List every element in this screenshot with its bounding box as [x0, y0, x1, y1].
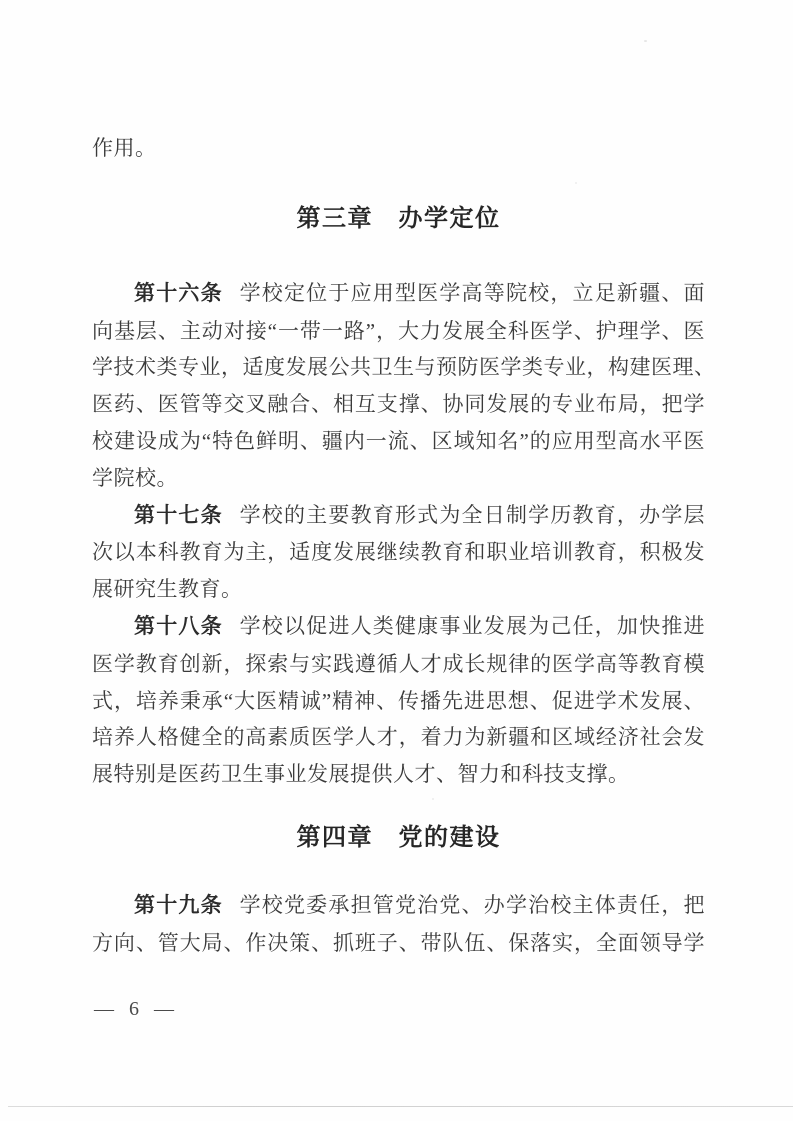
article-16-line-6: 学院校。: [92, 460, 705, 497]
scan-edge-line: [8, 1106, 793, 1107]
article-19-line-1: 学校党委承担管党治党、办学治校主体责任，把: [240, 893, 705, 917]
scan-speck: [644, 40, 647, 42]
article-16-line-5: 校建设成为“特色鲜明、疆内一流、区域知名”的应用型高水平医: [92, 423, 705, 460]
chapter-4-heading: 第四章 党的建设: [92, 819, 705, 857]
page-number: — 6 —: [94, 996, 705, 1022]
article-19-line-2: 方向、管大局、作决策、抓班子、带队伍、保落实，全面领导学: [92, 925, 705, 962]
text-line: 第十八条学校以促进人类健康事业发展为己任，加快推进: [92, 608, 705, 646]
article-18: 第十八条学校以促进人类健康事业发展为己任，加快推进 医学教育创新，探索与实践遵循…: [92, 608, 705, 793]
article-16: 第十六条学校定位于应用型医学高等院校，立足新疆、面 向基层、主动对接“一带一路”…: [92, 275, 705, 497]
article-18-label: 第十八条: [134, 615, 223, 638]
text-line: 第十六条学校定位于应用型医学高等院校，立足新疆、面: [92, 275, 705, 313]
text-line: 第十九条学校党委承担管党治党、办学治校主体责任，把: [92, 887, 705, 925]
article-18-line-2: 医学教育创新，探索与实践遵循人才成长规律的医学高等教育模: [92, 646, 705, 683]
article-16-line-1: 学校定位于应用型医学高等院校，立足新疆、面: [240, 281, 705, 305]
article-19: 第十九条学校党委承担管党治党、办学治校主体责任，把 方向、管大局、作决策、抓班子…: [92, 887, 705, 962]
article-18-line-5: 展特别是医药卫生事业发展提供人才、智力和科技支撑。: [92, 756, 705, 793]
scan-speck: [575, 182, 577, 184]
article-16-label: 第十六条: [134, 282, 223, 305]
article-18-line-3: 式，培养秉承“大医精诚”精神、传播先进思想、促进学术发展、: [92, 683, 705, 720]
scan-speck: [432, 798, 434, 800]
article-17-line-2: 次以本科教育为主，适度发展继续教育和职业培训教育，积极发: [92, 534, 705, 571]
article-18-line-4: 培养人格健全的高素质医学人才，着力为新疆和区域经济社会发: [92, 719, 705, 756]
article-17: 第十七条学校的主要教育形式为全日制学历教育，办学层 次以本科教育为主，适度发展继…: [92, 497, 705, 608]
article-16-line-4: 医药、医管等交叉融合、相互支撑、协同发展的专业布局，把学: [92, 386, 705, 423]
document-page: 作用。 第三章 办学定位 第十六条学校定位于应用型医学高等院校，立足新疆、面 向…: [0, 0, 793, 1121]
chapter-3-heading: 第三章 办学定位: [92, 200, 705, 238]
article-16-line-3: 学技术类专业，适度发展公共卫生与预防医学类专业，构建医理、: [92, 349, 705, 386]
article-17-line-1: 学校的主要教育形式为全日制学历教育，办学层: [240, 503, 705, 527]
article-19-label: 第十九条: [134, 894, 223, 917]
article-17-label: 第十七条: [134, 504, 223, 527]
page-content: 作用。 第三章 办学定位 第十六条学校定位于应用型医学高等院校，立足新疆、面 向…: [92, 0, 705, 1022]
article-17-line-3: 展研究生教育。: [92, 571, 705, 608]
article-16-line-2: 向基层、主动对接“一带一路”，大力发展全科医学、护理学、医: [92, 313, 705, 350]
continuation-text: 作用。: [92, 130, 705, 167]
text-line: 第十七条学校的主要教育形式为全日制学历教育，办学层: [92, 497, 705, 535]
article-18-line-1: 学校以促进人类健康事业发展为己任，加快推进: [240, 614, 705, 638]
